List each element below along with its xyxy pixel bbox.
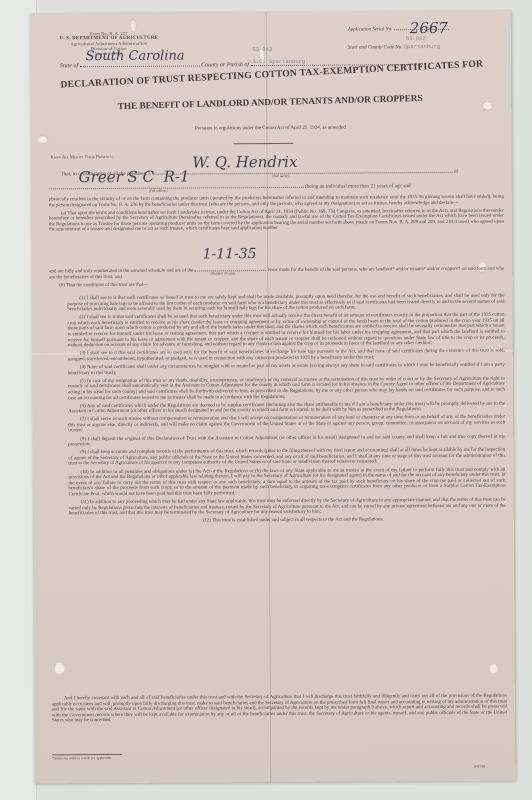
intro-paragraph: physically resident in the vicinity of o… [49, 195, 504, 236]
state-county-value: Spartanburg [404, 43, 440, 50]
condition-7: (7) I shall serve as such trustee withou… [68, 415, 505, 434]
full-name-label: (Full name) [272, 174, 288, 178]
trustee-address: Greer S C R-1 [79, 168, 190, 187]
state-county-label: State and County Code No. [348, 45, 403, 50]
print-code: 8-9738 [474, 765, 485, 769]
state-value: South Carolina [86, 49, 185, 65]
serial-label: Application Serial No. [348, 27, 393, 32]
pursuant-subtitle: Pursuant to regulations under the Cotton… [40, 125, 500, 133]
serial-block: Application Serial No. 2667 53-032 State… [348, 27, 498, 58]
document-title-line2: THE BENEFIT OF LANDLORD AND/OR TENANTS A… [40, 91, 500, 113]
covenant-paragraph: And I hereby covenant with each and all … [52, 694, 507, 727]
condition-11: (11) In addition to any proceeding which… [69, 498, 506, 517]
county-stamp-code: 53-043 [252, 46, 272, 53]
condition-9: (9) I shall keep accurate and complete r… [68, 448, 505, 467]
tear-hole-left-lower [54, 661, 66, 675]
condition-5: (5) In case of my resignation of this tr… [68, 376, 505, 401]
tear-hole-right-upper [482, 101, 493, 111]
issue-number-label: (Number of issue) [211, 271, 236, 277]
clause-b-text: (b) That the conditions of this trust ar… [59, 280, 504, 288]
condition-10: (10) In addition to all penalties and ob… [68, 467, 505, 498]
tear-hole-right-lower [489, 663, 499, 675]
condition-2: (2) I shall see to it that said certific… [67, 313, 504, 349]
of-label: of [454, 169, 458, 175]
trustee-name: W. Q. Hendrix [192, 153, 297, 172]
clause-a-text: (a) That upon the terms and conditions h… [49, 208, 504, 233]
state-label: State of [60, 63, 78, 69]
covenant-text: And I hereby covenant with each and all … [52, 694, 507, 725]
county-label: County or Parish of [201, 62, 249, 68]
condition-1: (1) I shall see to it that such certific… [67, 294, 504, 313]
title-rule [233, 143, 293, 144]
full-address-label: (Full address) [149, 189, 168, 193]
issue-number: 1-11-35 [203, 252, 257, 258]
condition-8: (8) I shall deposit the original of this… [68, 434, 505, 448]
intro-text: physically resident in the vicinity of o… [49, 195, 504, 209]
clause-a-continuation: and are fully and truly enumerated in th… [49, 263, 504, 292]
conditions-list: (1) I shall see to it that such certific… [67, 294, 505, 528]
being-text: (being an individual more than 21 years … [305, 183, 411, 190]
serial-stamp-code: 53-032 [406, 35, 426, 42]
clause-a-before: and are fully and truly enumerated in th… [49, 268, 193, 274]
document-page: Form No. B. A. 227 U. S. DEPARTMENT OF A… [30, 11, 516, 784]
condition-6: (6) Any of said certificates which under… [68, 401, 505, 415]
tear-hole-left-upper [36, 135, 48, 144]
address-line: Greer S C R-1 (Full address) (being an i… [49, 178, 504, 195]
condition-3: (3) I shall see to it that said certific… [68, 349, 505, 363]
condition-4: (4) None of said certificates shall unde… [68, 363, 505, 377]
county-value: S.C. Spartanburg [252, 58, 305, 65]
know-all-men-heading: Know All Men by These Presents: [51, 154, 113, 159]
condition-12: (12) This trust is established under and… [69, 517, 506, 525]
footnote: *Strike out word or words not applicable… [52, 754, 122, 760]
